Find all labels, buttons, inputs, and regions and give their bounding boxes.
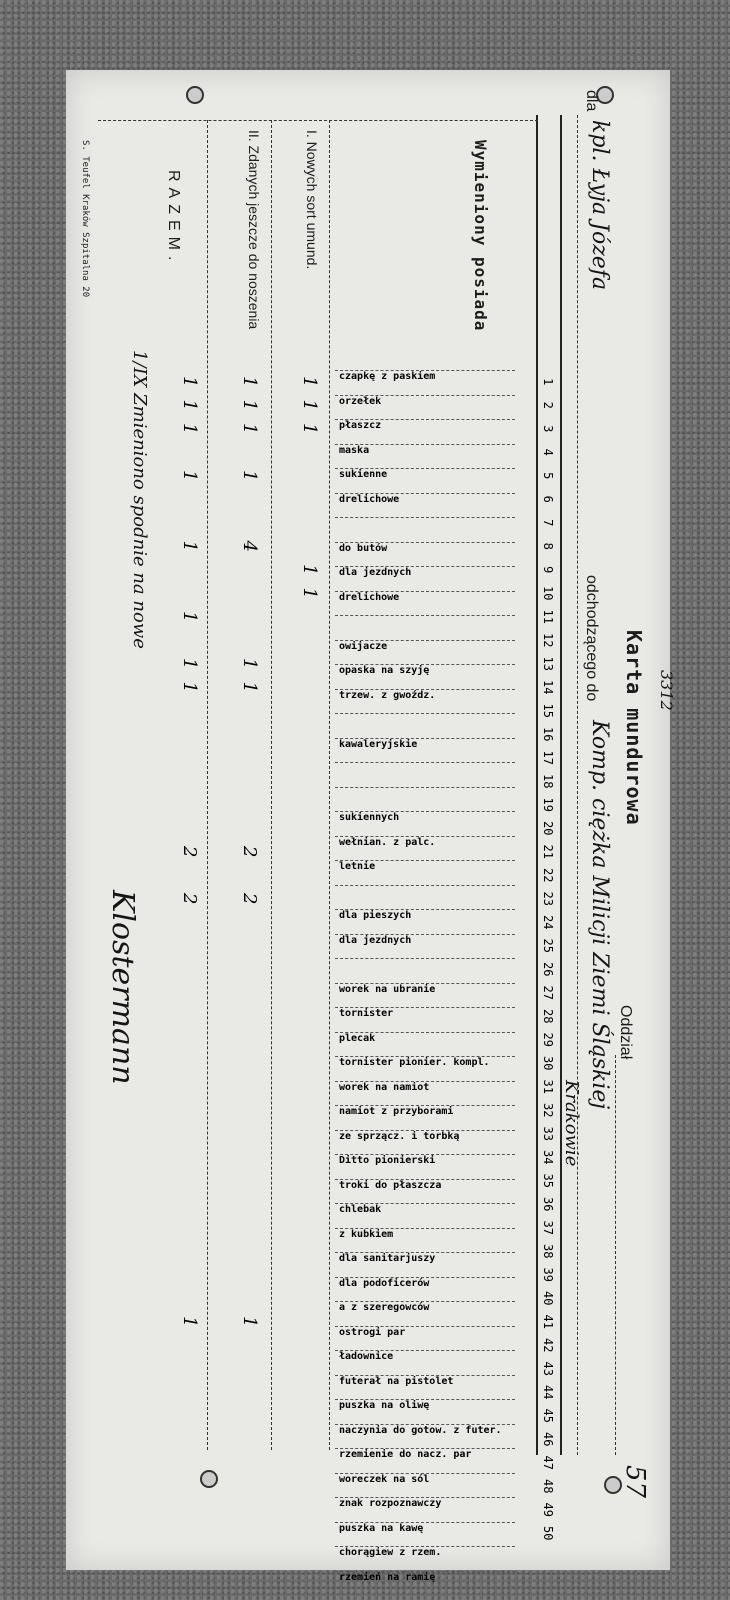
item-label: opaska na szyję: [335, 665, 515, 689]
entry-mark: 1: [179, 417, 200, 441]
entry-mark: [299, 511, 320, 535]
item-number: 2: [541, 394, 555, 418]
entry-mark: [299, 1475, 320, 1499]
entry-mark: [179, 723, 200, 747]
item-number: 25: [541, 934, 555, 958]
item-column: rzemienie do nacz. par: [335, 1448, 515, 1473]
item-column: płaszcz: [335, 419, 515, 444]
entry-mark: [239, 864, 260, 888]
item-column: [335, 615, 515, 640]
entry-mark: [239, 1193, 260, 1217]
entry-mark: [299, 1287, 320, 1311]
column-header: Wymieniony posiada: [471, 140, 490, 331]
numbers-rule: [536, 115, 538, 1455]
entry-mark: [179, 558, 200, 582]
item-number: 14: [541, 676, 555, 700]
entry-mark: [179, 1146, 200, 1170]
entry-mark: [299, 1334, 320, 1358]
item-number: 49: [541, 1498, 555, 1522]
item-label: do butów: [335, 543, 515, 567]
entry-mark: [179, 1005, 200, 1029]
item-label: drelichowe: [335, 494, 515, 518]
entry-mark: [239, 558, 260, 582]
item-column: chorągiew z rzem.: [335, 1546, 515, 1571]
item-label: [335, 714, 515, 738]
item-column: ładownice: [335, 1350, 515, 1375]
entry-mark: 1: [299, 558, 320, 582]
left-border: [98, 120, 538, 121]
item-label: rzemienie do nacz. par: [335, 1449, 515, 1473]
row-label-total: RAZEM.: [164, 170, 182, 266]
entry-mark: [299, 746, 320, 770]
entry-mark: [179, 582, 200, 606]
item-label: [335, 616, 515, 640]
item-number: 32: [541, 1099, 555, 1123]
entry-mark: [179, 770, 200, 794]
item-label: trzew. z gwoźdz.: [335, 690, 515, 714]
item-number: 22: [541, 864, 555, 888]
entry-mark: [299, 535, 320, 559]
item-label: chlebak: [335, 1204, 515, 1228]
item-label: dla podoficerów: [335, 1278, 515, 1302]
item-number: 28: [541, 1005, 555, 1029]
item-column: futerał na pistolet: [335, 1375, 515, 1400]
item-column: namiot z przyborami: [335, 1105, 515, 1130]
entry-mark: [239, 958, 260, 982]
entry-mark: [179, 1028, 200, 1052]
items-header: czapkę z paskiemorzełekpłaszczmaskasukie…: [335, 370, 515, 1595]
entry-mark: 1: [179, 676, 200, 700]
entry-mark: [179, 864, 200, 888]
item-number: 11: [541, 605, 555, 629]
row-label-new: I. Nowych sort umund.: [304, 130, 320, 269]
item-number: 8: [541, 535, 555, 559]
destination-city: Krakowie: [561, 1080, 582, 1166]
entry-mark: [179, 817, 200, 841]
item-label: orzełek: [335, 396, 515, 420]
entry-mark: [239, 981, 260, 1005]
item-label: drelichowe: [335, 592, 515, 616]
item-column: worek na ubranie: [335, 983, 515, 1008]
entry-mark: 1: [239, 676, 260, 700]
entry-mark: [239, 1381, 260, 1405]
entry-mark: 1: [179, 464, 200, 488]
entry-mark: 2: [239, 840, 260, 864]
entry-mark: [299, 1357, 320, 1381]
entry-mark: [299, 1404, 320, 1428]
item-column: opaska na szyję: [335, 664, 515, 689]
entry-mark: [179, 1428, 200, 1452]
item-label: namiot z przyborami: [335, 1106, 515, 1130]
item-label: Ditto pionierski: [335, 1155, 515, 1179]
item-number: 36: [541, 1193, 555, 1217]
entry-mark: [179, 511, 200, 535]
entry-mark: [299, 1193, 320, 1217]
entry-mark: [299, 1122, 320, 1146]
item-number: 5: [541, 464, 555, 488]
item-label: sukienne: [335, 469, 515, 493]
card-title: Karta mundurowa: [622, 630, 646, 826]
entry-mark: 2: [239, 887, 260, 911]
item-label: woreczek na sól: [335, 1474, 515, 1498]
item-label: [335, 763, 515, 787]
item-number: 9: [541, 558, 555, 582]
item-number: 40: [541, 1287, 555, 1311]
header-rule: [560, 115, 562, 1455]
entry-mark: [239, 1498, 260, 1522]
entry-mark: [179, 793, 200, 817]
entry-mark: [239, 1263, 260, 1287]
item-column: [335, 762, 515, 787]
entry-mark: 2: [179, 887, 200, 911]
item-label: [335, 518, 515, 542]
entry-mark: [299, 605, 320, 629]
entry-mark: 1: [239, 417, 260, 441]
item-label: letnie: [335, 861, 515, 885]
row-rule: [207, 120, 208, 1450]
entry-mark: [239, 1122, 260, 1146]
entry-mark: 1: [179, 394, 200, 418]
item-number: 33: [541, 1122, 555, 1146]
item-number: 37: [541, 1216, 555, 1240]
item-label: maska: [335, 445, 515, 469]
item-label: troki do płaszcza: [335, 1180, 515, 1204]
item-label: dla sanitarjuszy: [335, 1253, 515, 1277]
entry-mark: [179, 1169, 200, 1193]
entry-mark: [239, 1334, 260, 1358]
handwritten-note: 1/IX Zmieniono spodnie na nowe: [129, 350, 150, 649]
entry-mark: [179, 1404, 200, 1428]
item-column: [335, 958, 515, 983]
entry-mark: [299, 723, 320, 747]
item-number: 43: [541, 1357, 555, 1381]
item-column: znak rozpoznawczy: [335, 1497, 515, 1522]
entries-used: 1111411221: [239, 370, 260, 1545]
entry-mark: [299, 464, 320, 488]
item-label: wełnian. z palc.: [335, 837, 515, 861]
entry-mark: 1: [179, 605, 200, 629]
item-number: 39: [541, 1263, 555, 1287]
entry-mark: [179, 1334, 200, 1358]
item-number: 38: [541, 1240, 555, 1264]
entry-mark: [239, 934, 260, 958]
item-label: znak rozpoznawczy: [335, 1498, 515, 1522]
entry-mark: [179, 958, 200, 982]
item-label: plecak: [335, 1033, 515, 1057]
item-number: 6: [541, 488, 555, 512]
item-label: dla jezdnych: [335, 935, 515, 959]
entry-mark: 2: [179, 840, 200, 864]
entry-mark: [179, 1522, 200, 1546]
item-column: dla jezdnych: [335, 934, 515, 959]
entry-mark: [239, 488, 260, 512]
entry-mark: [299, 652, 320, 676]
item-column: drelichowe: [335, 493, 515, 518]
item-label: sukiennych: [335, 812, 515, 836]
item-number: 45: [541, 1404, 555, 1428]
item-label: futerał na pistolet: [335, 1376, 515, 1400]
item-column: trzew. z gwoźdz.: [335, 689, 515, 714]
item-column: a z szeregowców: [335, 1301, 515, 1326]
item-number: 46: [541, 1428, 555, 1452]
entry-mark: [299, 981, 320, 1005]
item-number: 24: [541, 911, 555, 935]
entries-new: 11111: [299, 370, 320, 1545]
entry-mark: [239, 1169, 260, 1193]
card-number: 3312: [657, 670, 676, 711]
entry-mark: [239, 1475, 260, 1499]
item-column: naczynia do gotow. z futer.: [335, 1424, 515, 1449]
item-number: 4: [541, 441, 555, 465]
item-column: puszka na oliwę: [335, 1399, 515, 1424]
item-label: tornister pionier. kompl.: [335, 1057, 515, 1081]
item-label: worek na ubranie: [335, 984, 515, 1008]
entry-mark: 1: [239, 370, 260, 394]
item-column: dla podoficerów: [335, 1277, 515, 1302]
item-number: 19: [541, 793, 555, 817]
entry-mark: [179, 1122, 200, 1146]
name-line: [577, 115, 578, 1455]
item-column: ostrogi par: [335, 1326, 515, 1351]
entry-mark: [299, 1169, 320, 1193]
item-number: 41: [541, 1310, 555, 1334]
entry-mark: [239, 746, 260, 770]
item-number: 13: [541, 652, 555, 676]
entry-mark: [239, 605, 260, 629]
rotated-card-content: Karta mundurowa 3312 57 Oddział dla kpl.…: [66, 70, 670, 1570]
item-column: kawaleryjskie: [335, 738, 515, 763]
item-number: 15: [541, 699, 555, 723]
row-label-used: II. Zdanych jeszcze do noszenia: [246, 130, 262, 350]
entry-mark: [299, 676, 320, 700]
entry-mark: [179, 1216, 200, 1240]
entry-mark: [179, 981, 200, 1005]
entry-mark: 1: [179, 652, 200, 676]
entry-mark: [179, 1240, 200, 1264]
entry-mark: 1: [239, 394, 260, 418]
destination: Komp. ciężka Milicji Ziemi Śląskiej: [587, 720, 612, 1109]
entry-mark: [239, 1005, 260, 1029]
entry-mark: [299, 770, 320, 794]
entry-mark: [179, 1357, 200, 1381]
entry-mark: [299, 864, 320, 888]
entry-mark: [299, 1381, 320, 1405]
item-column: letnie: [335, 860, 515, 885]
item-number: 34: [541, 1146, 555, 1170]
item-column: [335, 787, 515, 812]
entry-mark: [299, 958, 320, 982]
item-label: naczynia do gotow. z futer.: [335, 1425, 515, 1449]
entry-mark: [299, 629, 320, 653]
item-column: [335, 517, 515, 542]
entry-mark: 1: [299, 417, 320, 441]
entry-mark: [239, 1052, 260, 1076]
item-label: z kubkiem: [335, 1229, 515, 1253]
item-column: drelichowe: [335, 591, 515, 616]
item-column: ze sprzącz. i torbką: [335, 1130, 515, 1155]
entry-mark: 1: [299, 582, 320, 606]
item-number: 21: [541, 840, 555, 864]
item-column: chlebak: [335, 1203, 515, 1228]
item-label: płaszcz: [335, 420, 515, 444]
entry-mark: [299, 840, 320, 864]
entry-mark: 1: [239, 1310, 260, 1334]
item-column: owijacze: [335, 640, 515, 665]
entry-mark: [239, 441, 260, 465]
item-label: [335, 886, 515, 910]
entry-mark: [299, 1146, 320, 1170]
item-label: puszka na oliwę: [335, 1400, 515, 1424]
item-column: z kubkiem: [335, 1228, 515, 1253]
entry-mark: [299, 1028, 320, 1052]
item-label: tornister: [335, 1008, 515, 1032]
entry-mark: 4: [239, 535, 260, 559]
entry-mark: 1: [299, 370, 320, 394]
item-column: woreczek na sól: [335, 1473, 515, 1498]
item-column: tornister pionier. kompl.: [335, 1056, 515, 1081]
item-number: 30: [541, 1052, 555, 1076]
recipient-name: kpl. Łyja Józefa: [587, 120, 612, 290]
item-label: owijacze: [335, 641, 515, 665]
entry-mark: [179, 699, 200, 723]
entry-mark: [299, 1498, 320, 1522]
item-number: 35: [541, 1169, 555, 1193]
item-column: troki do płaszcza: [335, 1179, 515, 1204]
unit-label: Oddział: [616, 1005, 634, 1059]
entry-mark: [179, 1099, 200, 1123]
entry-mark: [239, 582, 260, 606]
entry-mark: [299, 1005, 320, 1029]
entry-mark: [299, 911, 320, 935]
entry-mark: [299, 699, 320, 723]
item-label: ze sprzącz. i torbką: [335, 1131, 515, 1155]
entry-mark: [299, 441, 320, 465]
entry-mark: [239, 1451, 260, 1475]
item-label: ładownice: [335, 1351, 515, 1375]
entry-mark: [239, 1404, 260, 1428]
entry-mark: [179, 1263, 200, 1287]
entry-mark: [239, 1240, 260, 1264]
entry-mark: [299, 793, 320, 817]
item-number: 18: [541, 770, 555, 794]
item-label: ostrogi par: [335, 1327, 515, 1351]
item-number: 44: [541, 1381, 555, 1405]
item-column: dla jezdnych: [335, 566, 515, 591]
entry-mark: [179, 934, 200, 958]
entry-mark: 1: [179, 370, 200, 394]
entry-mark: [239, 1216, 260, 1240]
entry-mark: [179, 441, 200, 465]
entry-mark: [239, 911, 260, 935]
entry-mark: [299, 1428, 320, 1452]
item-number: 16: [541, 723, 555, 747]
entries-total: 11111111221: [179, 370, 200, 1545]
item-number: 26: [541, 958, 555, 982]
entry-mark: [239, 1522, 260, 1546]
entry-mark: [299, 1263, 320, 1287]
item-label: dla jezdnych: [335, 567, 515, 591]
entry-mark: 1: [179, 1310, 200, 1334]
entry-mark: [239, 723, 260, 747]
printer-imprint: S. Teufel Kraków Szpitalna 20: [80, 140, 90, 297]
entry-mark: [239, 1287, 260, 1311]
item-number: 29: [541, 1028, 555, 1052]
item-number: 17: [541, 746, 555, 770]
entry-mark: [179, 746, 200, 770]
row-rule: [329, 120, 330, 1450]
item-number: 10: [541, 582, 555, 606]
entry-mark: [239, 1428, 260, 1452]
item-number: 1: [541, 370, 555, 394]
item-number: 48: [541, 1475, 555, 1499]
page-number: 57: [620, 1465, 650, 1498]
item-column: sukienne: [335, 468, 515, 493]
entry-mark: [239, 1357, 260, 1381]
entry-mark: [179, 1193, 200, 1217]
entry-mark: [239, 699, 260, 723]
entry-mark: [299, 1099, 320, 1123]
entry-mark: [299, 1216, 320, 1240]
item-number: 42: [541, 1334, 555, 1358]
item-column: Ditto pionierski: [335, 1154, 515, 1179]
entry-mark: [239, 1099, 260, 1123]
item-number: 50: [541, 1522, 555, 1546]
entry-mark: [299, 488, 320, 512]
entry-mark: [179, 629, 200, 653]
entry-mark: [239, 511, 260, 535]
entry-mark: [299, 887, 320, 911]
item-number: 31: [541, 1075, 555, 1099]
entry-mark: [239, 1028, 260, 1052]
item-column: dla sanitarjuszy: [335, 1252, 515, 1277]
item-column: worek na namiot: [335, 1081, 515, 1106]
item-label: [335, 788, 515, 812]
item-column: puszka na kawę: [335, 1522, 515, 1547]
entry-mark: [239, 1075, 260, 1099]
item-number: 12: [541, 629, 555, 653]
item-column: [335, 885, 515, 910]
entry-mark: 1: [299, 394, 320, 418]
entry-mark: [299, 1522, 320, 1546]
entry-mark: [299, 1075, 320, 1099]
entry-mark: [299, 934, 320, 958]
entry-mark: [239, 770, 260, 794]
departing-label: odchodzącego do: [582, 575, 600, 701]
entry-mark: [299, 1451, 320, 1475]
item-column: dla pieszych: [335, 909, 515, 934]
item-label: rzemień na ramię: [335, 1572, 515, 1596]
item-column: wełnian. z palc.: [335, 836, 515, 861]
entry-mark: [179, 1475, 200, 1499]
item-label: dla pieszych: [335, 910, 515, 934]
entry-mark: 1: [239, 464, 260, 488]
item-label: chorągiew z rzem.: [335, 1547, 515, 1571]
item-column: orzełek: [335, 395, 515, 420]
row-rule: [271, 120, 272, 1450]
item-number: 3: [541, 417, 555, 441]
item-number: 27: [541, 981, 555, 1005]
entry-mark: [179, 1287, 200, 1311]
item-column: czapkę z paskiem: [335, 370, 515, 395]
item-label: puszka na kawę: [335, 1523, 515, 1547]
entry-mark: [299, 1310, 320, 1334]
item-number: 47: [541, 1451, 555, 1475]
item-number: 20: [541, 817, 555, 841]
entry-mark: [239, 629, 260, 653]
item-column: rzemień na ramię: [335, 1571, 515, 1596]
entry-mark: [239, 817, 260, 841]
item-label: [335, 959, 515, 983]
